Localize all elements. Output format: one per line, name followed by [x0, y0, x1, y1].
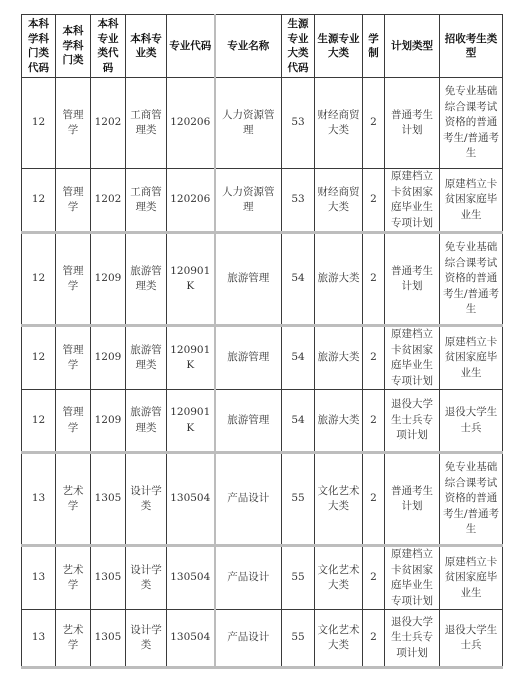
cell-years: 2: [363, 610, 385, 668]
cell-major-name: 旅游管理: [215, 326, 282, 390]
cell-category-code: 1209: [91, 390, 126, 453]
cell-years: 2: [363, 326, 385, 390]
cell-source-category: 旅游大类: [315, 233, 363, 326]
cell-student-type: 原建档立卡贫困家庭毕业生: [440, 546, 503, 610]
cell-source-category: 文化艺术大类: [315, 610, 363, 668]
cell-subject-code: 12: [22, 390, 56, 453]
cell-source-code: 54: [282, 390, 315, 453]
header-years: 学制: [363, 15, 385, 78]
cell-subject-code: 12: [22, 169, 56, 233]
cell-years: 2: [363, 233, 385, 326]
cell-plan-type: 普通考生计划: [385, 78, 440, 169]
cell-source-category: 文化艺术大类: [315, 453, 363, 546]
cell-category-code: 1209: [91, 233, 126, 326]
cell-student-type: 免专业基础综合课考试资格的普通考生/普通考生: [440, 78, 503, 169]
cell-major-code: 120901K: [167, 390, 215, 453]
cell-source-code: 54: [282, 326, 315, 390]
cell-subject: 管理学: [56, 326, 91, 390]
cell-major-name: 产品设计: [215, 546, 282, 610]
cell-category: 设计学类: [126, 453, 167, 546]
cell-years: 2: [363, 78, 385, 169]
cell-category-code: 1209: [91, 326, 126, 390]
cell-category: 工商管理类: [126, 169, 167, 233]
cell-major-name: 人力资源管理: [215, 78, 282, 169]
cell-subject-code: 13: [22, 546, 56, 610]
cell-plan-type: 普通考生计划: [385, 453, 440, 546]
table-row: 12 管理学 1209 旅游管理类 120901K 旅游管理 54 旅游大类 2…: [22, 233, 503, 326]
cell-category-code: 1202: [91, 78, 126, 169]
header-plan-type: 计划类型: [385, 15, 440, 78]
header-source-code: 生源专业大类代码: [282, 15, 315, 78]
cell-major-code: 120206: [167, 78, 215, 169]
cell-plan-type: 退役大学生士兵专项计划: [385, 610, 440, 668]
cell-major-name: 人力资源管理: [215, 169, 282, 233]
cell-category: 设计学类: [126, 546, 167, 610]
cell-years: 2: [363, 453, 385, 546]
cell-category-code: 1305: [91, 546, 126, 610]
cell-student-type: 原建档立卡贫困家庭毕业生: [440, 326, 503, 390]
header-subject-code: 本科学科门类代码: [22, 15, 56, 78]
cell-major-name: 旅游管理: [215, 233, 282, 326]
cell-subject-code: 12: [22, 78, 56, 169]
cell-major-code: 120901K: [167, 233, 215, 326]
cell-source-code: 53: [282, 78, 315, 169]
cell-major-code: 120206: [167, 169, 215, 233]
table-row: 12 管理学 1209 旅游管理类 120901K 旅游管理 54 旅游大类 2…: [22, 326, 503, 390]
cell-years: 2: [363, 390, 385, 453]
cell-student-type: 免专业基础综合课考试资格的普通考生/普通考生: [440, 233, 503, 326]
cell-source-category: 旅游大类: [315, 390, 363, 453]
table-row: 12 管理学 1202 工商管理类 120206 人力资源管理 53 财经商贸大…: [22, 78, 503, 169]
table-row: 13 艺术学 1305 设计学类 130504 产品设计 55 文化艺术大类 2…: [22, 546, 503, 610]
cell-category: 旅游管理类: [126, 233, 167, 326]
cell-source-code: 55: [282, 453, 315, 546]
cell-student-type: 免专业基础综合课考试资格的普通考生/普通考生: [440, 453, 503, 546]
cell-category: 设计学类: [126, 610, 167, 668]
cell-source-category: 财经商贸大类: [315, 169, 363, 233]
cell-student-type: 退役大学生士兵: [440, 390, 503, 453]
table-row: 12 管理学 1209 旅游管理类 120901K 旅游管理 54 旅游大类 2…: [22, 390, 503, 453]
cell-subject: 管理学: [56, 390, 91, 453]
cell-major-code: 120901K: [167, 326, 215, 390]
header-student-type: 招收考生类型: [440, 15, 503, 78]
header-major-name: 专业名称: [215, 15, 282, 78]
cell-subject-code: 12: [22, 326, 56, 390]
cell-major-code: 130504: [167, 453, 215, 546]
cell-student-type: 退役大学生士兵: [440, 610, 503, 668]
cell-major-code: 130504: [167, 546, 215, 610]
header-major-code: 专业代码: [167, 15, 215, 78]
cell-category-code: 1305: [91, 610, 126, 668]
header-category-code: 本科专业类代码: [91, 15, 126, 78]
cell-subject: 艺术学: [56, 453, 91, 546]
cell-category-code: 1305: [91, 453, 126, 546]
cell-source-code: 55: [282, 610, 315, 668]
cell-category: 工商管理类: [126, 78, 167, 169]
cell-plan-type: 原建档立卡贫困家庭毕业生专项计划: [385, 326, 440, 390]
cell-subject-code: 13: [22, 453, 56, 546]
table-row: 13 艺术学 1305 设计学类 130504 产品设计 55 文化艺术大类 2…: [22, 610, 503, 668]
cell-source-category: 旅游大类: [315, 326, 363, 390]
cell-student-type: 原建档立卡贫困家庭毕业生: [440, 169, 503, 233]
cell-subject-code: 13: [22, 610, 56, 668]
cell-subject: 艺术学: [56, 610, 91, 668]
header-subject: 本科学科门类: [56, 15, 91, 78]
header-row: 本科学科门类代码 本科学科门类 本科专业类代码 本科专业类 专业代码 专业名称 …: [22, 15, 503, 78]
cell-plan-type: 原建档立卡贫困家庭毕业生专项计划: [385, 169, 440, 233]
table-row: 12 管理学 1202 工商管理类 120206 人力资源管理 53 财经商贸大…: [22, 169, 503, 233]
cell-subject: 艺术学: [56, 546, 91, 610]
cell-source-category: 财经商贸大类: [315, 78, 363, 169]
cell-source-category: 文化艺术大类: [315, 546, 363, 610]
cell-plan-type: 退役大学生士兵专项计划: [385, 390, 440, 453]
cell-plan-type: 普通考生计划: [385, 233, 440, 326]
table-row: 13 艺术学 1305 设计学类 130504 产品设计 55 文化艺术大类 2…: [22, 453, 503, 546]
cell-subject: 管理学: [56, 78, 91, 169]
cell-major-name: 产品设计: [215, 610, 282, 668]
cell-source-code: 54: [282, 233, 315, 326]
cell-subject: 管理学: [56, 169, 91, 233]
cell-major-name: 旅游管理: [215, 390, 282, 453]
cell-plan-type: 原建档立卡贫困家庭毕业生专项计划: [385, 546, 440, 610]
cell-category: 旅游管理类: [126, 326, 167, 390]
cell-category-code: 1202: [91, 169, 126, 233]
majors-table: 本科学科门类代码 本科学科门类 本科专业类代码 本科专业类 专业代码 专业名称 …: [21, 14, 503, 669]
cell-subject-code: 12: [22, 233, 56, 326]
cell-subject: 管理学: [56, 233, 91, 326]
cell-major-name: 产品设计: [215, 453, 282, 546]
cell-major-code: 130504: [167, 610, 215, 668]
header-category: 本科专业类: [126, 15, 167, 78]
cell-source-code: 55: [282, 546, 315, 610]
cell-years: 2: [363, 169, 385, 233]
cell-years: 2: [363, 546, 385, 610]
cell-category: 旅游管理类: [126, 390, 167, 453]
header-source-category: 生源专业大类: [315, 15, 363, 78]
cell-source-code: 53: [282, 169, 315, 233]
